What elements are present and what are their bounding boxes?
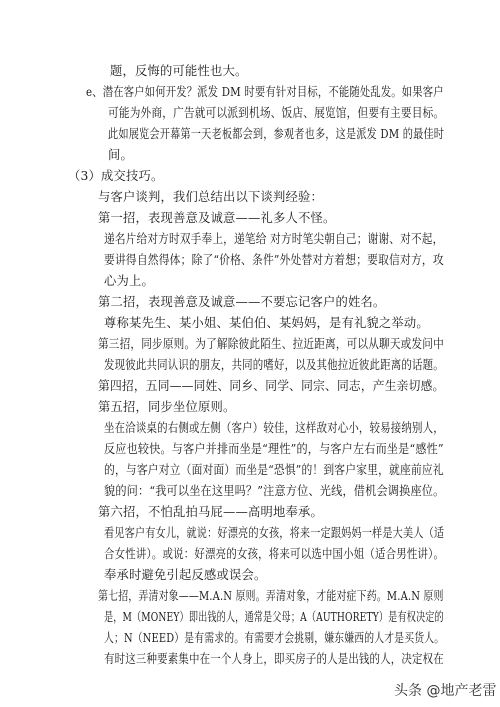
text-line: e、潜在客户如何开发？派发 DM 时要有针对目标，不能随处乱发。如果客户 — [86, 84, 444, 100]
text-line: 要讲得自然得体；除了“价格、条件”外处替对方着想；要取信对方，攻 — [104, 252, 444, 268]
text-line: 第一招，表现善意及诚意——礼多人不怪。 — [98, 210, 335, 226]
watermark: 头条 @地产老雷 — [394, 680, 496, 700]
text-line: 第六招，不怕乱拍马屁——高明地奉承。 — [98, 504, 323, 520]
text-line: 奉承时避免引起反感或误会。 — [104, 567, 266, 583]
text-line: 心为上。 — [104, 273, 154, 289]
text-line: 第三招，同步原则。为了解除彼此陌生、拉近距离，可以从聊天或发问中 — [98, 336, 444, 352]
document-page: 题，反悔的可能性也大。e、潜在客户如何开发？派发 DM 时要有针对目标，不能随处… — [0, 0, 500, 707]
text-line: 第二招，表现善意及诚意——不要忘记客户的姓名。 — [98, 294, 385, 310]
text-line: 第七招，弄清对象——M.A.N 原则。弄清对象，才能对症下药。M.A.N 原则 — [98, 588, 444, 604]
text-line: 与客户谈判，我们总结出以下谈判经验： — [98, 189, 323, 205]
text-line: 第四招，五同——同姓、同乡、同学、同宗、同志，产生亲切感。 — [98, 378, 444, 394]
text-line: 看见客户有女儿，就说：好漂亮的女孩，将来一定跟妈妈一样是大美人（适 — [104, 525, 444, 541]
text-line: 反应也较快。与客户并排而坐是“理性”的，与客户左右而坐是“感性” — [104, 441, 444, 457]
text-line: 题，反悔的可能性也大。 — [110, 63, 247, 79]
text-line: 人；N（NEED）是有需求的。有需要才会挑剔，嫌东嫌西的人才是买货人。 — [104, 630, 444, 646]
text-line: 是，M（MONEY）即出钱的人，通常是父母；A（AUTHORETY）是有权决定的 — [104, 609, 444, 625]
text-line: 坐在洽谈桌的右侧或左侧（客户）较佳，这样敌对心小，较易接纳别人， — [104, 420, 444, 436]
text-line: 可能为外商，广告就可以派到机场、饭店、展览馆，但要有主要目标。 — [108, 105, 444, 121]
text-line: （3）成交技巧。 — [68, 168, 164, 184]
text-line: 合女性讲）。或说：好漂亮的女孩，将来可以选中国小姐（适合男性讲）。 — [104, 546, 444, 562]
text-line: 递名片给对方时双手奉上，递笔给 对方时笔尖朝自己；谢谢、对不起， — [104, 231, 443, 247]
text-line: 发现彼此共同认识的朋友，共同的嗜好，以及其他拉近彼此距离的话题。 — [104, 357, 444, 373]
text-line: 的，与客户对立（面对面）而坐是“恐惧”的！到客户家里，就座前应礼 — [104, 462, 444, 478]
text-line: 尊称某先生、某小姐、某伯伯、某妈妈，是有礼貌之举动。 — [104, 315, 429, 331]
text-line: 间。 — [108, 147, 133, 163]
text-line: 第五招，同步坐位原则。 — [98, 399, 235, 415]
text-line: 有时这三种要素集中在一个人身上，即买房子的人是出钱的人，决定权在 — [104, 651, 444, 667]
text-line: 貌的问：“我可以坐在这里吗？”注意方位、光线，借机会调换座位。 — [104, 483, 444, 499]
text-line: 此如展览会开幕第一天老板都会到，参观者也多，这是派发 DM 的最佳时 — [108, 126, 444, 142]
